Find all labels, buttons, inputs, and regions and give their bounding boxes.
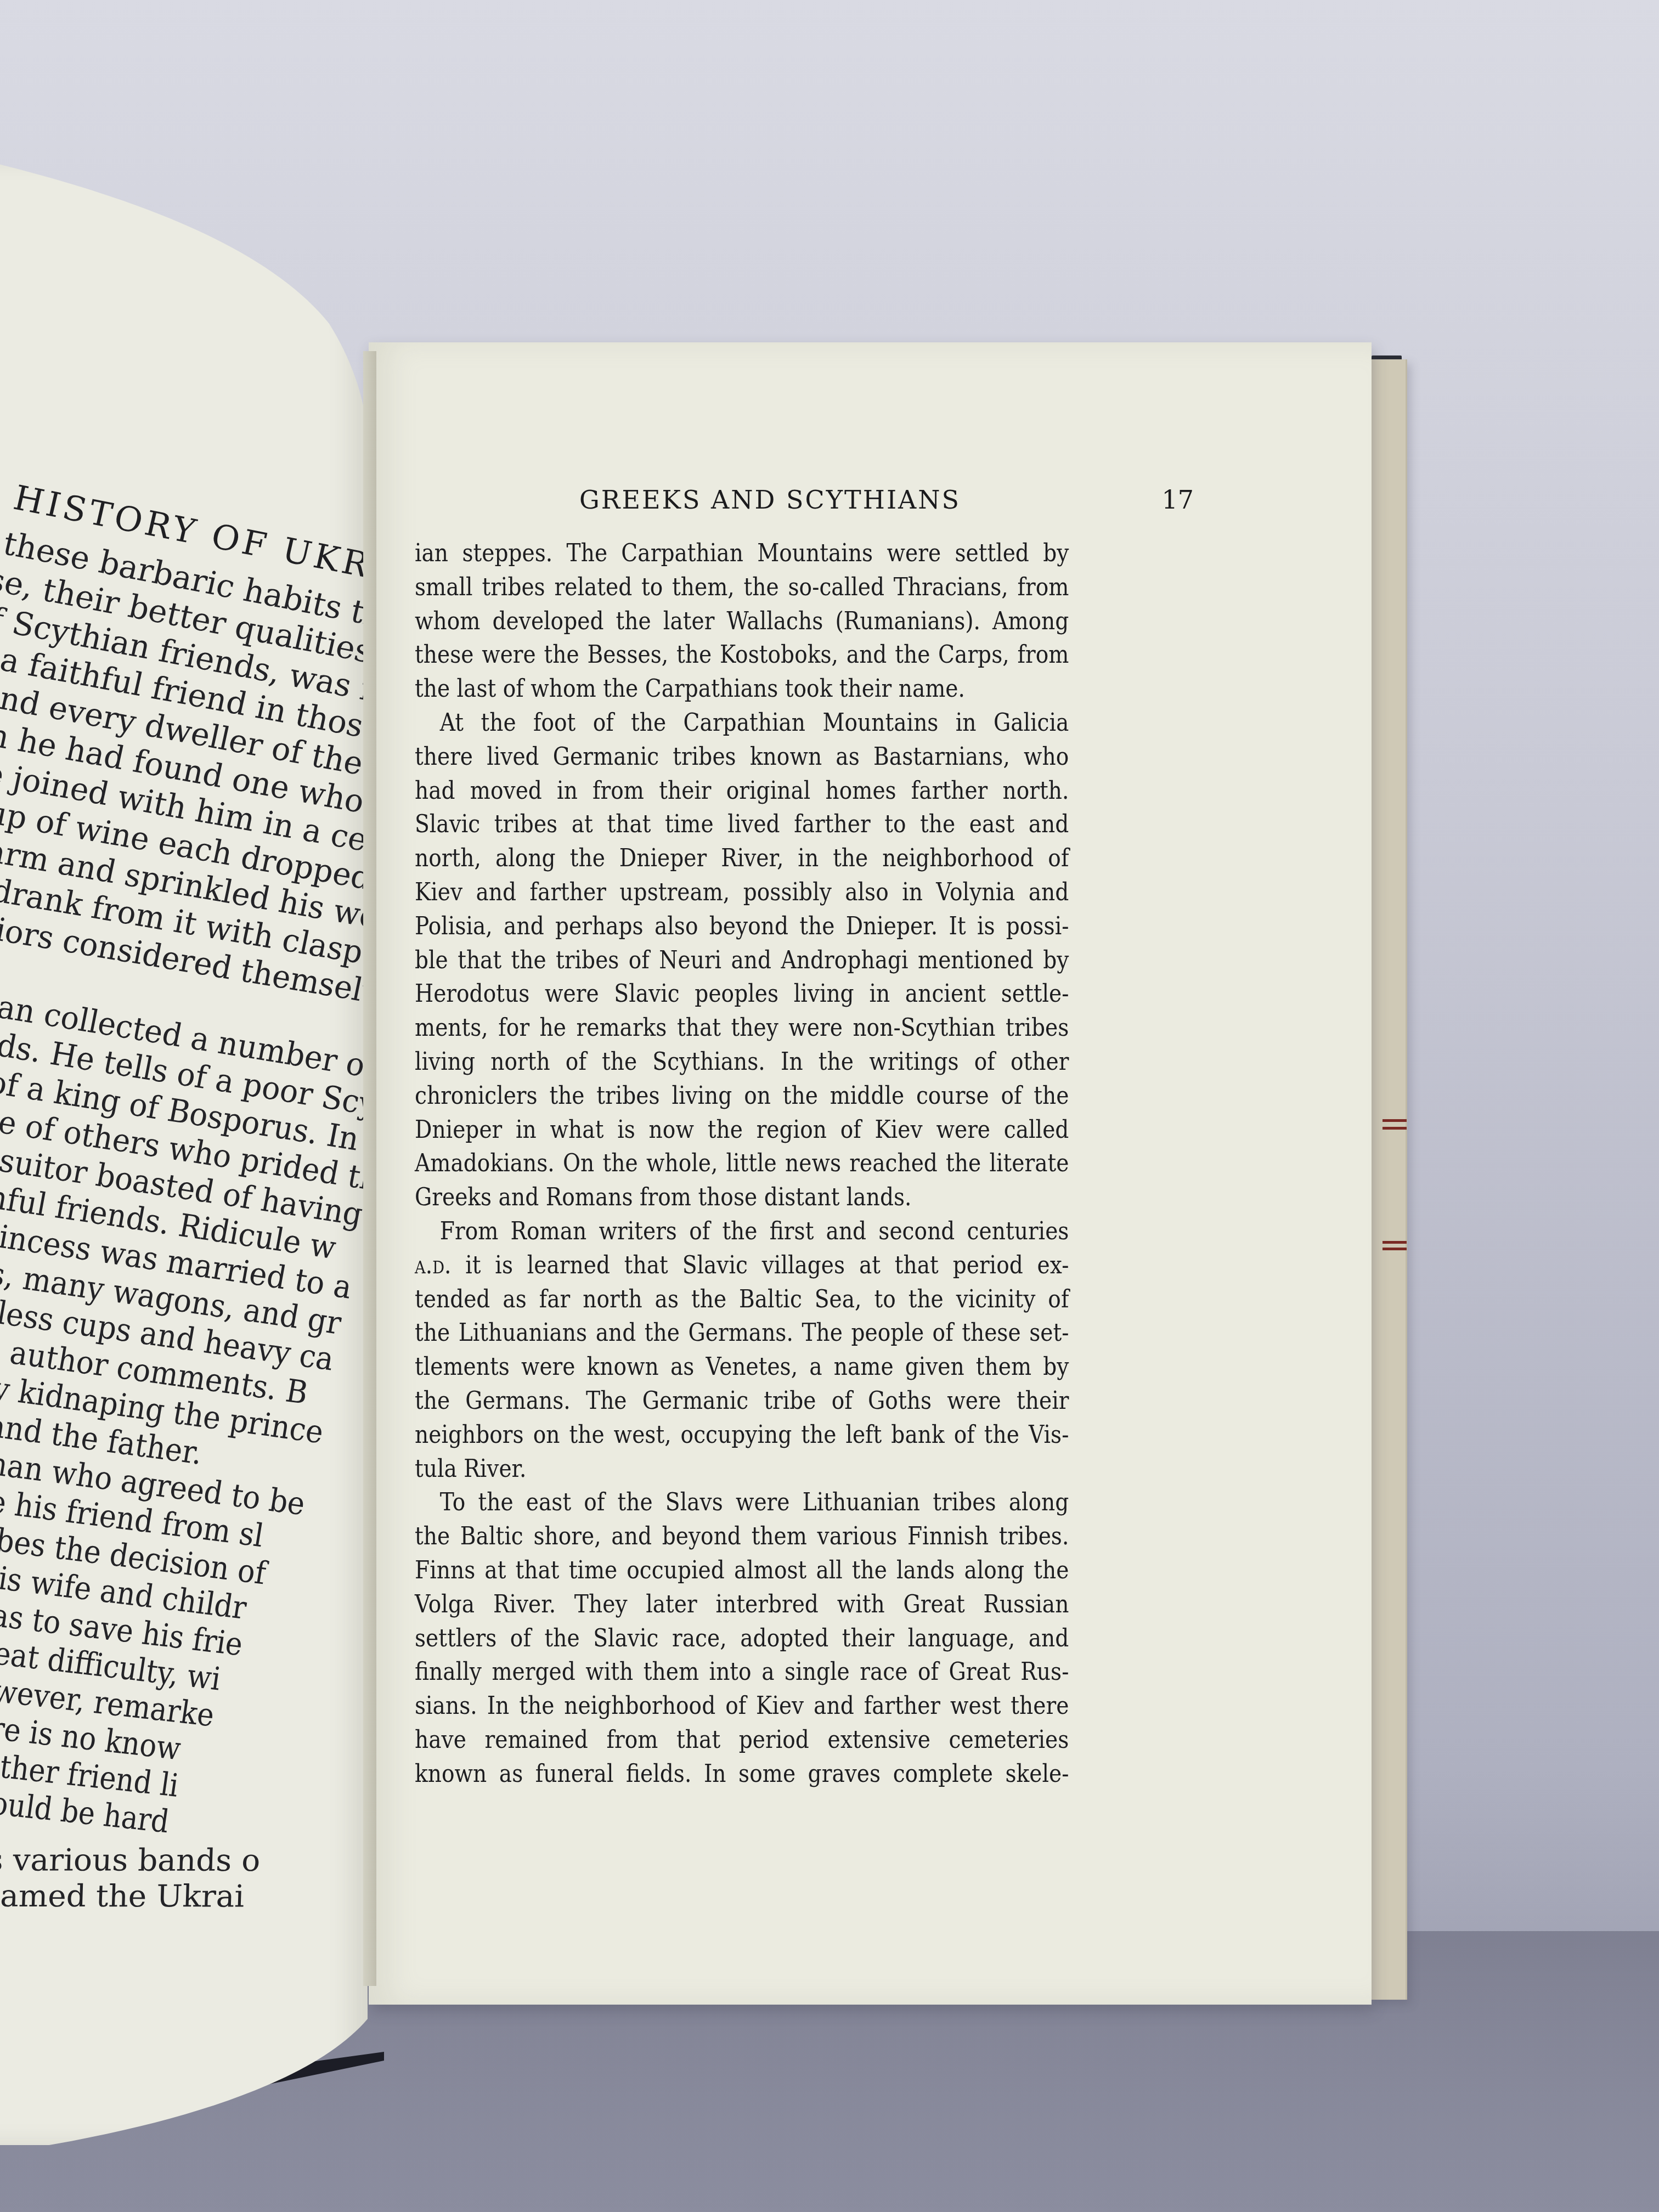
text-line: ian steppes. The Carpathian Mountains we… xyxy=(415,537,1069,571)
footnote-line: For centuries various bands o xyxy=(0,1842,261,1878)
text-line: Volga River. They later interbred with G… xyxy=(415,1588,1069,1622)
text-line: the last of whom the Carpathians took th… xyxy=(415,672,1069,706)
spine-double-rule-mark-top-b xyxy=(1383,1127,1407,1130)
right-page: GREEKS AND SCYTHIANS 17 ian steppes. The… xyxy=(369,342,1372,2005)
text-line: chroniclers the tribes living on the mid… xyxy=(415,1079,1069,1113)
page-gutter xyxy=(363,351,376,1986)
text-line: there lived Germanic tribes known as Bas… xyxy=(415,740,1069,774)
text-line: Amadokians. On the whole, little news re… xyxy=(415,1147,1069,1181)
book-cover-board xyxy=(1370,359,1407,2000)
footnote-line: n, and Alan origin roamed the Ukrai xyxy=(0,1878,245,1914)
text-line: sians. In the neighborhood of Kiev and f… xyxy=(415,1689,1069,1723)
left-body-text: to these barbaric habits the steppe purs… xyxy=(0,513,349,1863)
text-line: tlements were known as Venetes, a name g… xyxy=(415,1350,1069,1384)
text-line: finally merged with them into a single r… xyxy=(415,1655,1069,1689)
right-page-content: GREEKS AND SCYTHIANS 17 ian steppes. The… xyxy=(415,485,1155,1791)
text-line: tended as far north as the Baltic Sea, t… xyxy=(415,1283,1069,1317)
text-line: small tribes related to them, the so-cal… xyxy=(415,571,1069,605)
left-page-content: A HISTORY OF UKRAINE to these barbaric h… xyxy=(0,466,360,1984)
era-abbreviation: a.d. xyxy=(415,1251,451,1279)
spine-double-rule-mark-bottom-b xyxy=(1383,1248,1407,1250)
text-line: these were the Besses, the Kostoboks, an… xyxy=(415,638,1069,672)
text-line: the Lithuanians and the Germans. The peo… xyxy=(415,1316,1069,1350)
text-line: a.d. it is learned that Slavic villages … xyxy=(415,1249,1069,1283)
text-line: To the east of the Slavs were Lithuanian… xyxy=(415,1486,1069,1520)
text-line: Slavic tribes at that time lived farther… xyxy=(415,808,1069,842)
text-line: have remained from that period extensive… xyxy=(415,1723,1069,1757)
text-line: north, along the Dnieper River, in the n… xyxy=(415,842,1069,876)
text-line: tula River. xyxy=(415,1452,1069,1486)
left-page: A HISTORY OF UKRAINE to these barbaric h… xyxy=(0,159,368,2145)
chapter-title: GREEKS AND SCYTHIANS xyxy=(579,485,961,515)
page-number: 17 xyxy=(1161,485,1194,515)
text-line: settlers of the Slavic race, adopted the… xyxy=(415,1622,1069,1656)
text-line: known as funeral fields. In some graves … xyxy=(415,1757,1069,1791)
text-line: had moved in from their original homes f… xyxy=(415,774,1069,808)
running-head: GREEKS AND SCYTHIANS 17 xyxy=(415,485,1155,529)
spine-double-rule-mark-top-a xyxy=(1383,1119,1407,1122)
text-line: whom developed the later Wallachs (Ruman… xyxy=(415,605,1069,639)
text-line: Finns at that time occupied almost all t… xyxy=(415,1554,1069,1588)
text-line: From Roman writers of the first and seco… xyxy=(415,1215,1069,1249)
text-line: Kiev and farther upstream, possibly also… xyxy=(415,876,1069,910)
text-line: living north of the Scythians. In the wr… xyxy=(415,1045,1069,1079)
text-line: neighbors on the west, occupying the lef… xyxy=(415,1418,1069,1452)
body-text: ian steppes. The Carpathian Mountains we… xyxy=(415,537,1155,1791)
text-line: Polisia, and perhaps also beyond the Dni… xyxy=(415,910,1069,944)
text-line: Greeks and Romans from those distant lan… xyxy=(415,1181,1069,1215)
text-line: At the foot of the Carpathian Mountains … xyxy=(415,706,1069,740)
left-footnote: ments: For centuries various bands o n, … xyxy=(0,1842,53,1915)
text-line: ble that the tribes of Neuri and Androph… xyxy=(415,944,1069,978)
text-line: ments, for he remarks that they were non… xyxy=(415,1011,1069,1045)
spine-double-rule-mark-bottom-a xyxy=(1383,1241,1407,1244)
text-line: Herodotus were Slavic peoples living in … xyxy=(415,977,1069,1011)
text-line: Dnieper in what is now the region of Kie… xyxy=(415,1113,1069,1147)
text-line: the Germans. The Germanic tribe of Goths… xyxy=(415,1384,1069,1418)
text-line: the Baltic shore, and beyond them variou… xyxy=(415,1520,1069,1554)
